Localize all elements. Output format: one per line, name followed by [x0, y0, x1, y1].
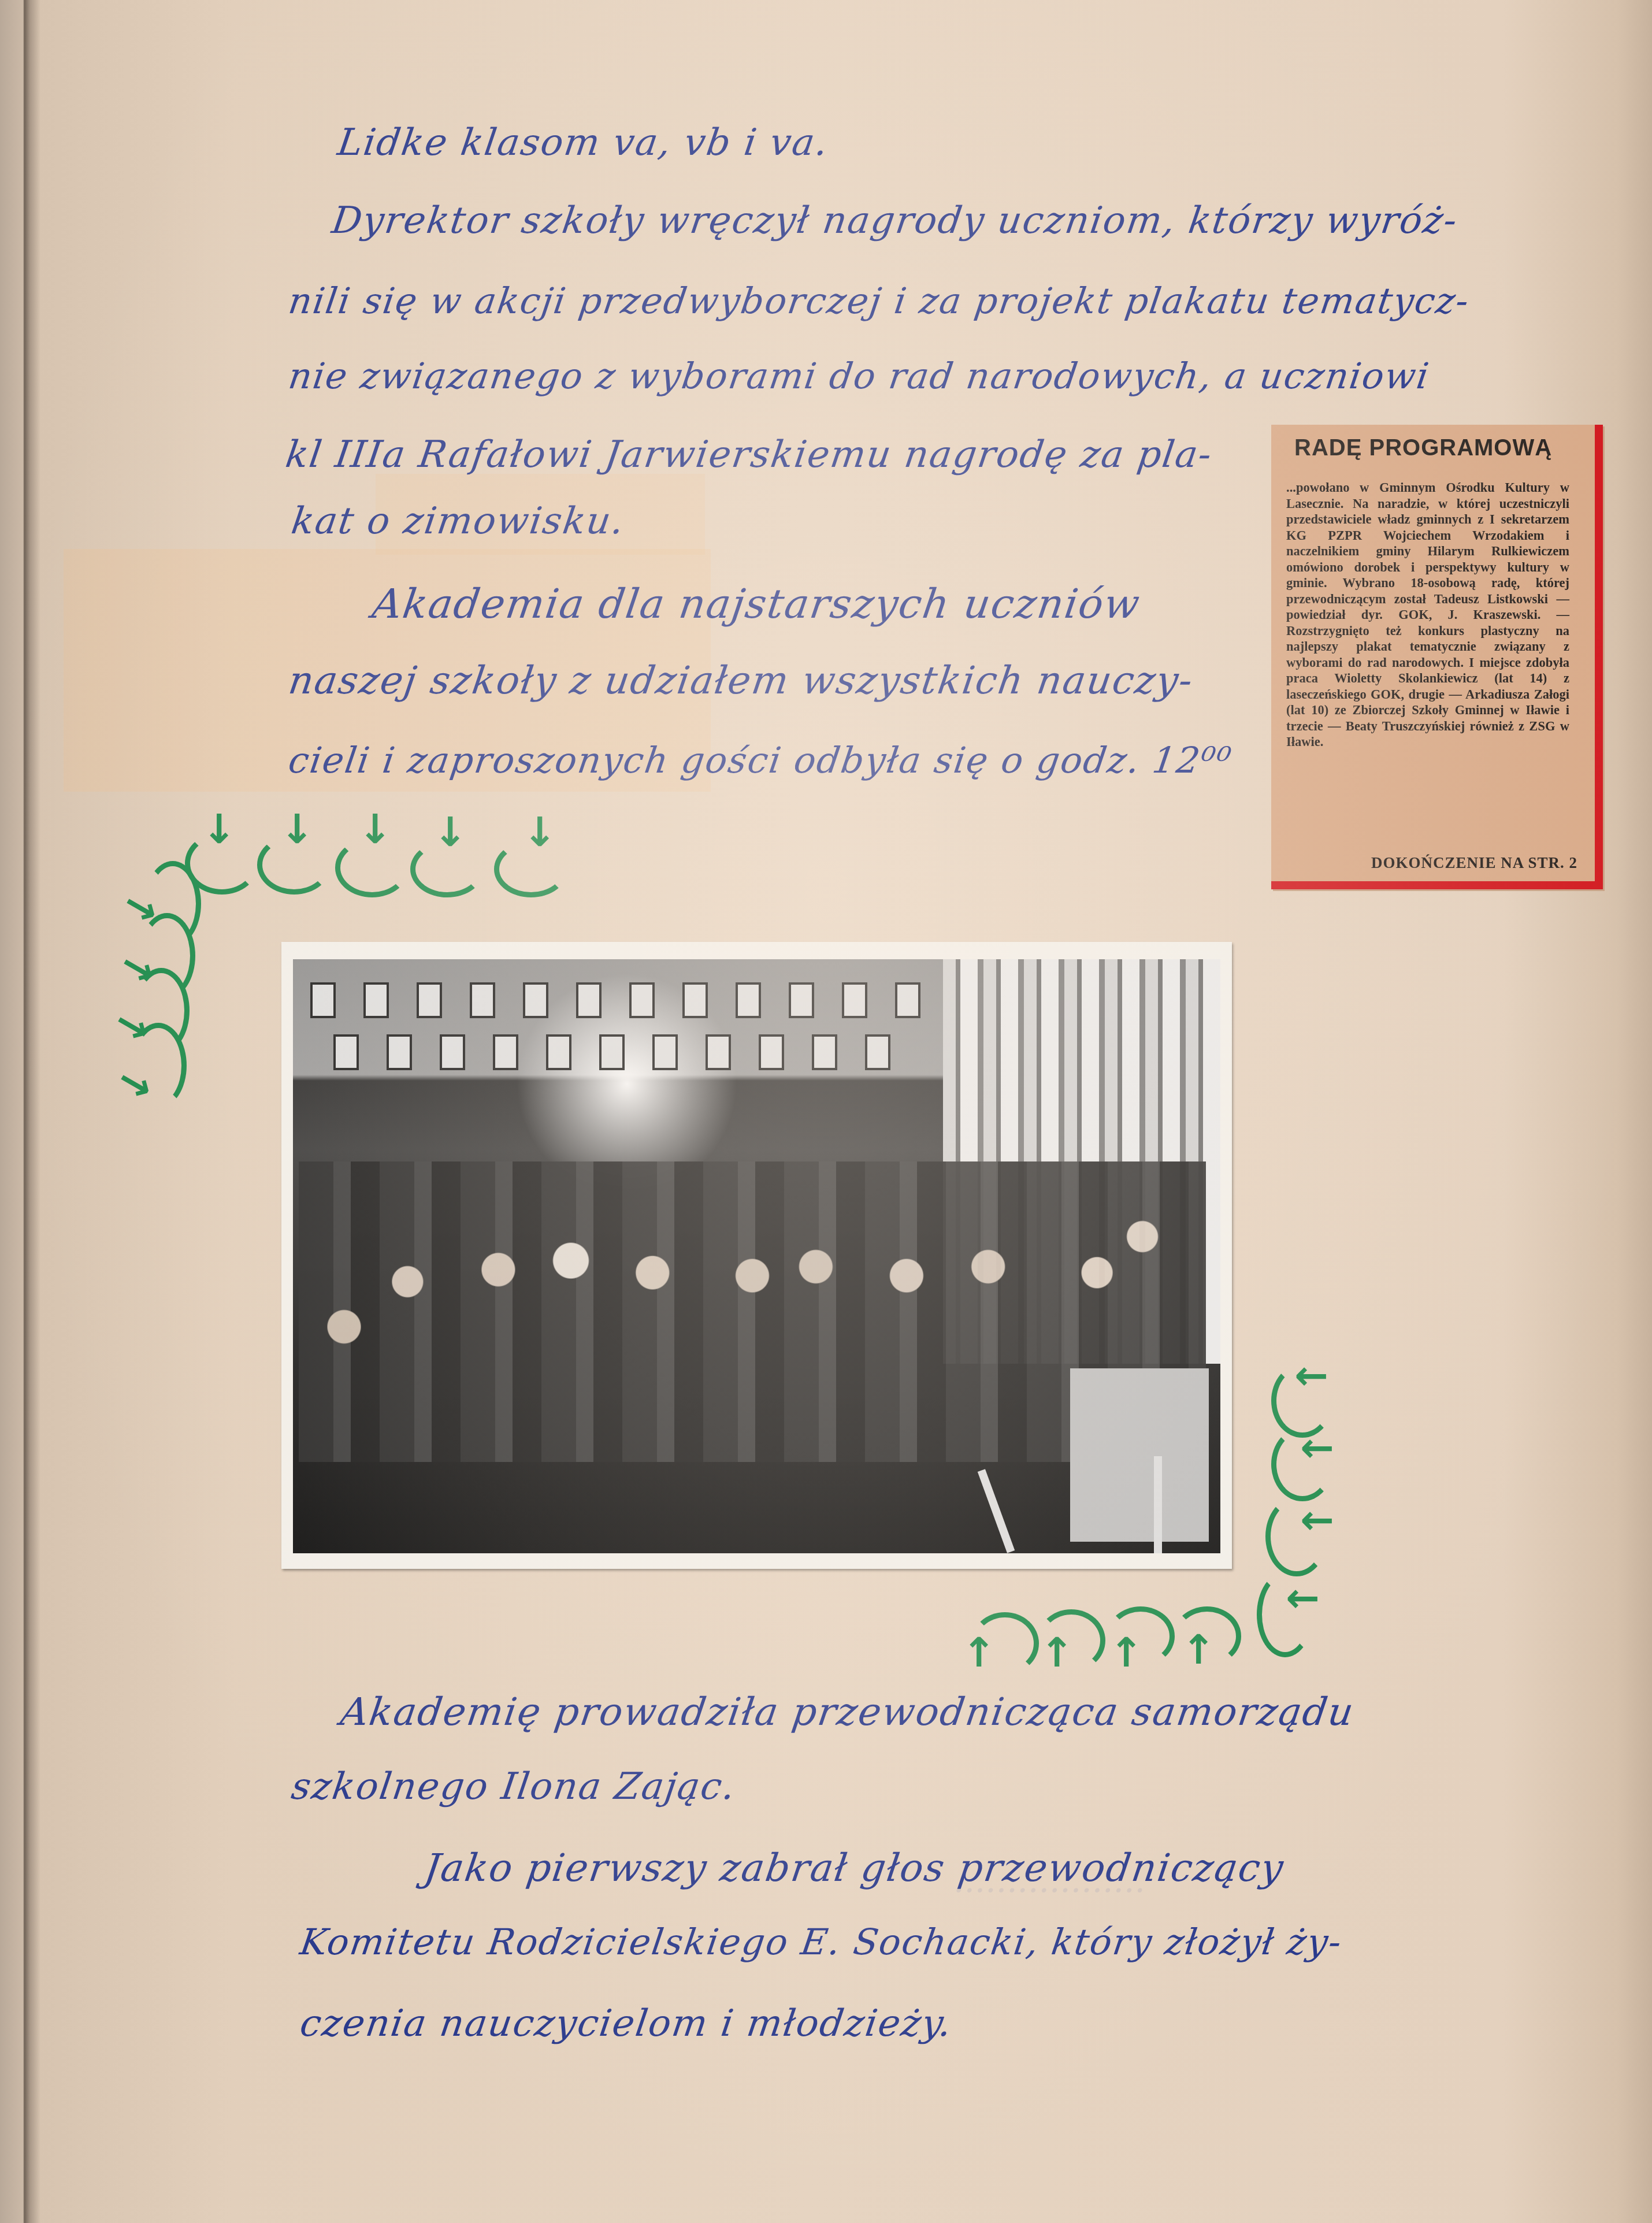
arrow-right-icon: →	[113, 942, 163, 994]
arrow-right-icon: →	[107, 1000, 157, 1052]
marker-arc	[133, 968, 190, 1053]
podium	[1070, 1368, 1209, 1542]
handwritten-line: Komitetu Rodzicielskiego E. Sochacki, kt…	[298, 1924, 1345, 1960]
marker-arc	[410, 841, 484, 897]
seated-audience	[299, 1161, 1206, 1462]
marker-arc	[335, 838, 409, 897]
clipping-headline: RADĘ PROGRAMOWĄ	[1294, 435, 1552, 461]
handwritten-line: Akademię prowadziła przewodnicząca samor…	[338, 1693, 1357, 1731]
wall-frames	[333, 1034, 890, 1070]
handwritten-line: Jako pierwszy zabrał głos przewodniczący	[422, 1849, 1286, 1887]
audience-photo	[293, 959, 1220, 1553]
handwritten-line: Lidke klasom va, vb i va.	[336, 124, 831, 161]
arrow-up-icon: ↑	[962, 1632, 996, 1673]
arrow-up-icon: ↑	[1040, 1632, 1074, 1673]
marker-arc	[1271, 1427, 1334, 1501]
arrow-left-icon: ←	[1300, 1500, 1334, 1540]
arrow-down-icon: ↓	[523, 812, 557, 852]
handwritten-line: Akademia dla najstarszych uczniów	[370, 584, 1143, 624]
marker-arc	[1271, 1364, 1334, 1438]
bleed-through-text: ..................	[953, 1861, 1145, 1900]
photograph	[281, 942, 1232, 1569]
marker-arc	[1173, 1606, 1241, 1666]
marker-arc	[257, 835, 331, 895]
handwritten-line: kl IIIa Rafałowi Jarwierskiemu nagrodę z…	[284, 436, 1215, 473]
handwritten-line: kat o zimowisku.	[289, 503, 628, 540]
arrow-left-icon: ←	[1300, 1427, 1334, 1468]
arrow-down-icon: ↓	[280, 809, 314, 849]
microphone-stand	[978, 1469, 1015, 1553]
arrow-down-icon: ↓	[433, 812, 467, 852]
microphone-stand	[1154, 1456, 1162, 1553]
handwritten-line: szkolnego Ilona Zając.	[289, 1768, 738, 1805]
album-page: .................. Lidke klasom va, vb i…	[0, 0, 1652, 2223]
arrow-left-icon: ←	[1294, 1355, 1328, 1396]
handwritten-line: naszej szkoły z udziałem wszystkich nauc…	[286, 662, 1196, 700]
arrow-up-icon: ↑	[1109, 1632, 1144, 1673]
arrow-down-icon: ↓	[202, 809, 236, 849]
marker-arc	[494, 841, 568, 897]
marker-arc	[971, 1612, 1039, 1675]
marker-arc	[144, 861, 201, 947]
arrow-right-icon: →	[116, 881, 166, 933]
marker-arc	[185, 832, 259, 895]
handwritten-line: cieli i zaproszonych gości odbyła się o …	[287, 743, 1234, 778]
wall-frames	[310, 982, 920, 1018]
arrow-right-icon: →	[110, 1057, 160, 1109]
marker-arc	[1107, 1606, 1175, 1666]
tape-stain	[64, 549, 711, 792]
marker-arc	[130, 1023, 187, 1108]
newspaper-clipping: RADĘ PROGRAMOWĄ ...powołano w Gminnym Oś…	[1271, 425, 1603, 889]
clipping-footer: DOKOŃCZENIE NA STR. 2	[1371, 854, 1577, 872]
marker-arc	[1265, 1497, 1328, 1576]
handwritten-line: czenia nauczycielom i młodzieży.	[298, 2005, 955, 2042]
arrow-down-icon: ↓	[358, 809, 392, 849]
handwritten-line: Dyrektor szkoły wręczył nagrody uczniom,…	[330, 202, 1461, 239]
marker-arc	[1257, 1572, 1313, 1657]
marker-arc	[139, 913, 195, 999]
handwritten-line: nie związanego z wyborami do rad narodow…	[287, 358, 1432, 394]
arrow-up-icon: ↑	[1182, 1630, 1216, 1670]
clipping-body: ...powołano w Gminnym Ośrodku Kultury w …	[1286, 480, 1569, 750]
tape-stain	[376, 474, 705, 555]
hall-windows	[943, 959, 1220, 1364]
arrow-left-icon: ←	[1286, 1578, 1320, 1618]
handwritten-line: nili się w akcji przedwyborczej i za pro…	[287, 283, 1472, 319]
marker-arc	[1037, 1609, 1105, 1672]
